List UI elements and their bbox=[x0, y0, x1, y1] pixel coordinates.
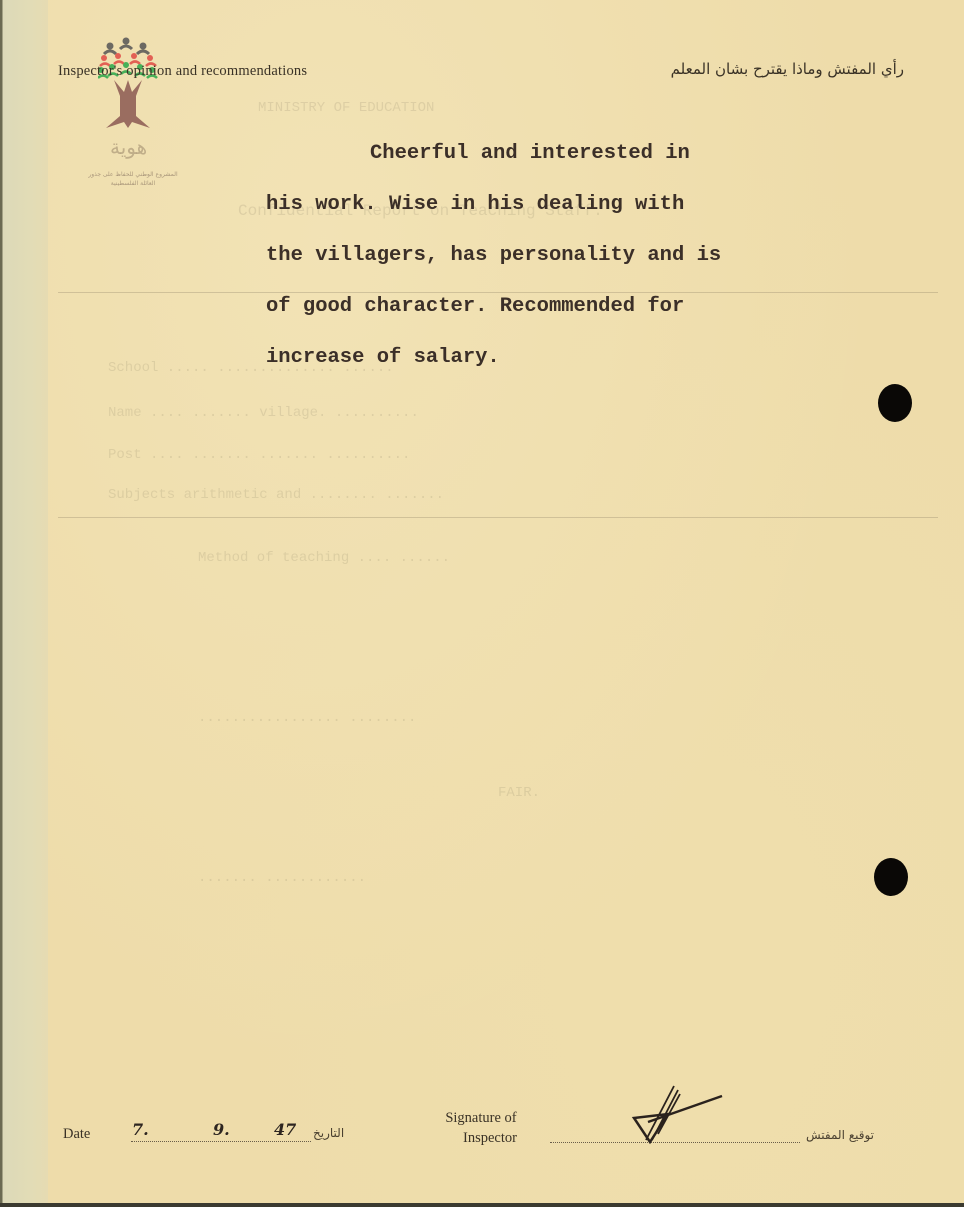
watermark-word: هوية bbox=[110, 135, 147, 159]
scan-edge bbox=[0, 0, 48, 1207]
bleed-through-rule bbox=[58, 517, 938, 518]
document-page: MINISTRY OF EDUCATION Confidential Repor… bbox=[48, 0, 964, 1203]
inspector-remarks: Cheerful and interested in his work. Wis… bbox=[266, 128, 836, 383]
date-label-ar: التاريخ bbox=[313, 1126, 344, 1140]
date-month: 9. bbox=[213, 1120, 230, 1139]
inspector-signature-icon bbox=[628, 1082, 728, 1146]
bleed-through-text: Post .... ....... ....... .......... bbox=[108, 447, 410, 463]
date-label: Date bbox=[63, 1126, 90, 1143]
bleed-through-text: ....... ............ bbox=[198, 870, 366, 886]
signature-label-line2: Inspector bbox=[445, 1130, 517, 1146]
header-title-ar: رأي المفتش وماذا يقترح بشان المعلم bbox=[671, 60, 904, 78]
remarks-line: Cheerful and interested in bbox=[266, 128, 836, 179]
watermark-caption: المشروع الوطني للحفاظ على جذور العائلة ا… bbox=[88, 170, 178, 188]
date-field-line bbox=[131, 1141, 311, 1142]
date-year: 47 bbox=[274, 1120, 296, 1139]
remarks-line: his work. Wise in his dealing with bbox=[266, 179, 836, 230]
scan-edge-bottom bbox=[0, 1203, 964, 1207]
signature-label-line1: Signature of bbox=[445, 1110, 516, 1126]
remarks-line: increase of salary. bbox=[266, 332, 836, 383]
bleed-through-text: MINISTRY OF EDUCATION bbox=[258, 100, 434, 116]
signature-label-ar: توقيع المفتش bbox=[806, 1128, 874, 1142]
punch-hole bbox=[874, 858, 908, 896]
bleed-through-text: FAIR. bbox=[498, 785, 540, 801]
date-day: 7. bbox=[132, 1120, 149, 1139]
remarks-line: of good character. Recommended for bbox=[266, 281, 836, 332]
bleed-through-text: Subjects arithmetic and ........ ....... bbox=[108, 487, 444, 503]
header-title-en: Inspector's opinion and recommendations bbox=[58, 63, 307, 80]
remarks-line: the villagers, has personality and is bbox=[266, 230, 836, 281]
bleed-through-text: Name .... ....... village. .......... bbox=[108, 405, 419, 421]
bleed-through-text: Method of teaching .... ...... bbox=[198, 550, 450, 566]
signature-label: Signature of Inspector bbox=[445, 1108, 517, 1148]
bleed-through-text: ................. ........ bbox=[198, 710, 416, 726]
punch-hole bbox=[878, 384, 912, 422]
